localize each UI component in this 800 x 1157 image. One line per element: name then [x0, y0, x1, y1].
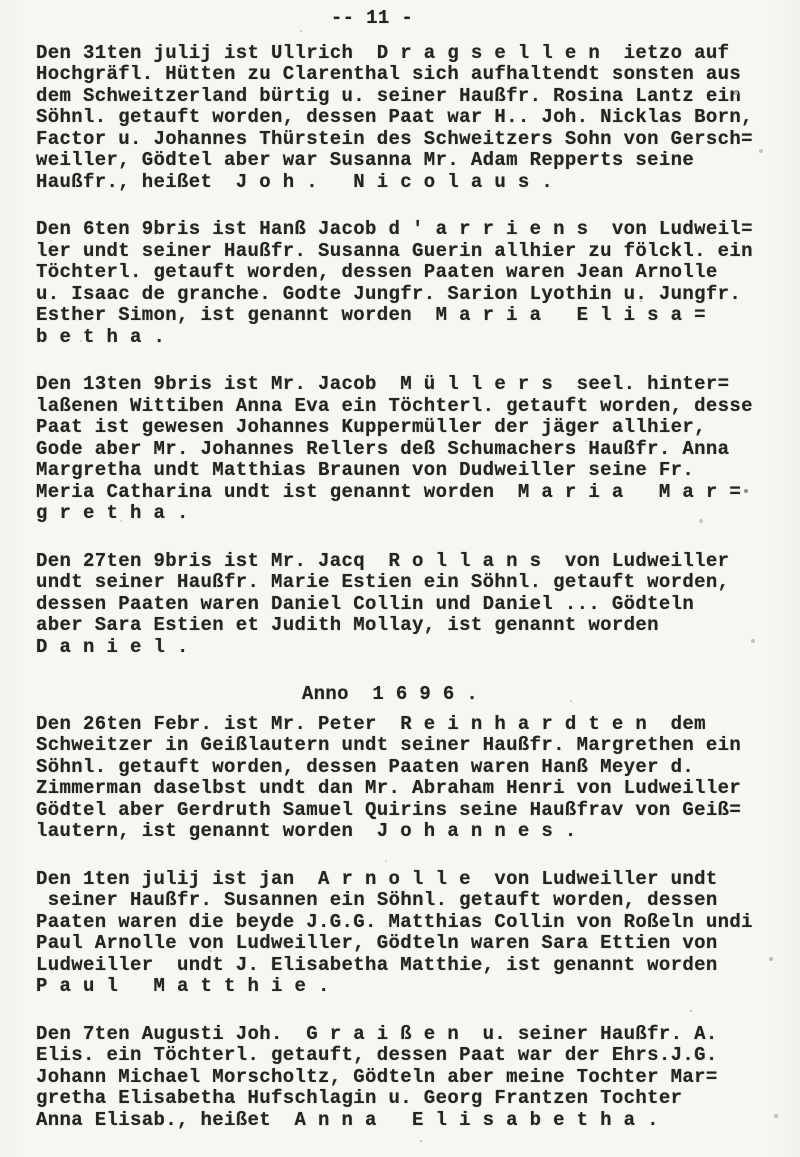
year-heading-1696: Anno 1 6 9 6 .: [22, 684, 758, 706]
baptism-entry-arnolle: Den 1ten julij ist jan A r n o l l e von…: [36, 869, 772, 998]
baptism-entry-reinhardten: Den 26ten Febr. ist Mr. Peter R e i n h …: [36, 714, 772, 843]
scanned-register-page: -- 11 - Den 31ten julij ist Ullrich D r …: [0, 0, 800, 1157]
baptism-entry-rollans: Den 27ten 9bris ist Mr. Jacq R o l l a n…: [36, 551, 772, 659]
page-number: -- 11 -: [4, 8, 740, 30]
baptism-entry-graissen: Den 7ten Augusti Joh. G r a i ß e n u. s…: [36, 1024, 772, 1132]
baptism-entry-darriens: Den 6ten 9bris ist Hanß Jacob d ' a r r …: [36, 219, 772, 348]
baptism-entry-muellers: Den 13ten 9bris ist Mr. Jacob M ü l l e …: [36, 374, 772, 525]
scan-noise-specks: [0, 0, 2, 2]
baptism-entry-dragsellen: Den 31ten julij ist Ullrich D r a g s e …: [36, 43, 772, 194]
